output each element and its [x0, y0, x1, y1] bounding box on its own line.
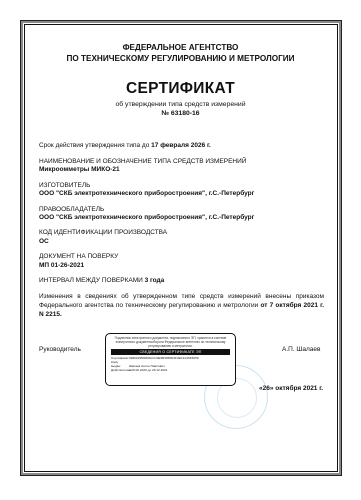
agency-line-2: ПО ТЕХНИЧЕСКОМУ РЕГУЛИРОВАНИЮ И МЕТРОЛОГ…	[0, 53, 361, 64]
changes-paragraph: Изменения в сведениях об утвержденном ти…	[39, 293, 324, 319]
signature-date: «26» октября 2021 г.	[259, 385, 323, 392]
esign-notice: Подлинник электронного документа, подпис…	[106, 334, 235, 348]
electronic-signature-box: Подлинник электронного документа, подпис…	[105, 333, 236, 386]
validity-date: 17 февраля 2026 г.	[151, 142, 211, 149]
validity-prefix: Срок действия утверждения типа до	[39, 142, 151, 149]
changes-order-number: N 2215.	[39, 311, 62, 318]
field-verification-doc: ДОКУМЕНТ НА ПОВЕРКУ МП 01-26-2021	[39, 253, 329, 269]
field-value: ООО "СКБ электротехнического приборостро…	[39, 190, 329, 198]
signatory-role: Руководитель	[39, 346, 81, 353]
field-manufacturer: ИЗГОТОВИТЕЛЬ ООО "СКБ электротехническог…	[39, 182, 329, 198]
field-verification-interval: ИНТЕРВАЛ МЕЖДУ ПОВЕРКАМИ 3 года	[39, 277, 329, 285]
esign-key: Действителен:	[111, 369, 128, 373]
subtitle-text: об утверждении типа средств измерений	[0, 100, 361, 109]
interval-label: ИНТЕРВАЛ МЕЖДУ ПОВЕРКАМИ	[39, 277, 145, 284]
field-production-code: КОД ИДЕНТИФИКАЦИИ ПРОИЗВОДСТВА ОС	[39, 229, 329, 245]
field-label: ДОКУМЕНТ НА ПОВЕРКУ	[39, 253, 329, 261]
agency-line-1: ФЕДЕРАЛЬНОЕ АГЕНТСТВО	[0, 42, 361, 53]
field-value: ОС	[39, 238, 329, 246]
field-label: КОД ИДЕНТИФИКАЦИИ ПРОИЗВОДСТВА	[39, 229, 329, 237]
field-value: Микроомметры МИКО-21	[39, 166, 329, 174]
certificate-body: Срок действия утверждения типа до 17 фев…	[39, 142, 329, 293]
field-label: ПРАВООБЛАДАТЕЛЬ	[39, 206, 329, 214]
signatory-name: А.П. Шалаев	[282, 346, 320, 353]
certificate-title: СЕРТИФИКАТ	[0, 80, 361, 98]
field-value: МП 01-26-2021	[39, 262, 329, 270]
certificate-number: № 63180-16	[161, 110, 199, 117]
agency-name: ФЕДЕРАЛЬНОЕ АГЕНТСТВО ПО ТЕХНИЧЕСКОМУ РЕ…	[0, 42, 361, 64]
field-rightholder: ПРАВООБЛАДАТЕЛЬ ООО "СКБ электротехничес…	[39, 206, 329, 222]
validity-line: Срок действия утверждения типа до 17 фев…	[39, 142, 329, 150]
esign-row-valid: Действителен: с 29.02.2020 до 29.12.2021	[111, 369, 230, 373]
certificate-subtitle: об утверждении типа средств измерений № …	[0, 100, 361, 118]
esign-details: Сертификат: 0280249500D6ACC0E9B4956D4F4E…	[106, 355, 235, 372]
interval-value: 3 года	[145, 277, 165, 284]
changes-date: от 7 октября 2021 г.	[260, 302, 324, 309]
field-label: НАИМЕНОВАНИЕ И ОБОЗНАЧЕНИЕ ТИПА СРЕДСТВ …	[39, 158, 329, 166]
esign-value: с 29.02.2020 до 29.12.2021	[129, 368, 168, 372]
field-value: ООО "СКБ электротехнического приборостро…	[39, 214, 329, 222]
field-type-name: НАИМЕНОВАНИЕ И ОБОЗНАЧЕНИЕ ТИПА СРЕДСТВ …	[39, 158, 329, 174]
esign-value: 0280249500D6ACC0E9B4956D4F4EC1015F6058	[129, 356, 199, 360]
field-label: ИЗГОТОВИТЕЛЬ	[39, 182, 329, 190]
